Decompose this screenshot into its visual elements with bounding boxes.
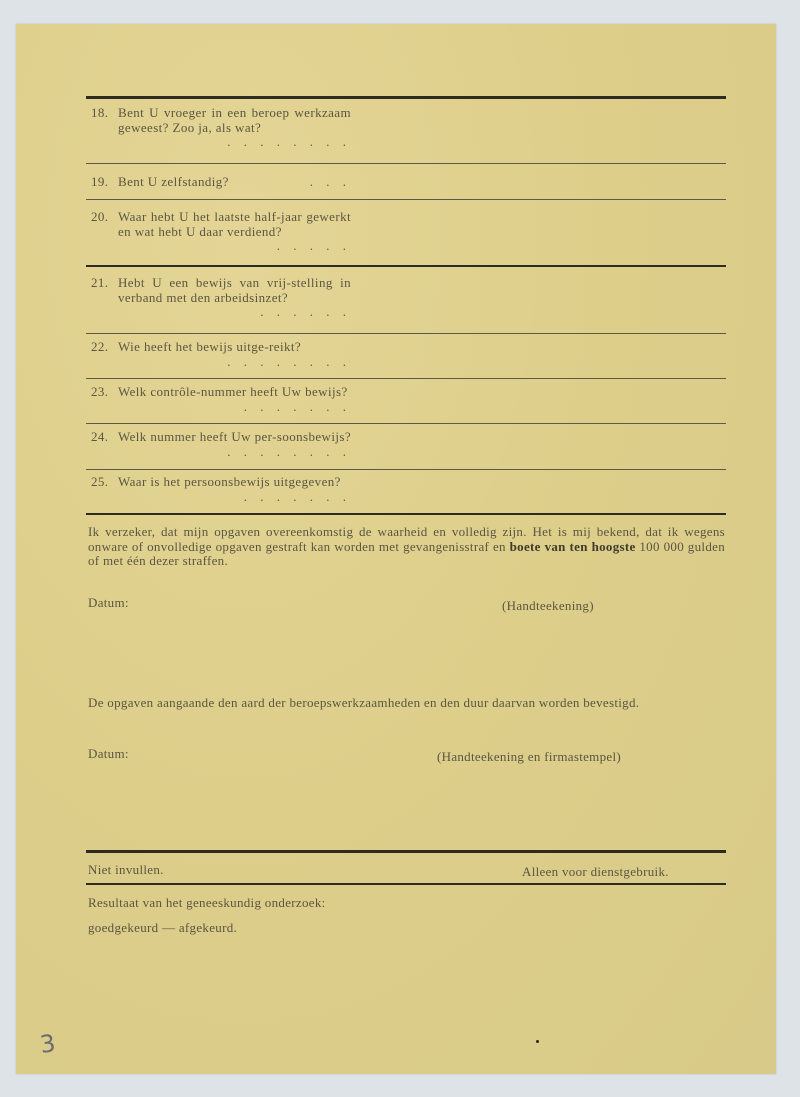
row-divider bbox=[86, 199, 726, 200]
top-divider bbox=[86, 96, 726, 99]
row-divider bbox=[86, 265, 726, 267]
official-top-divider bbox=[86, 850, 726, 853]
row-divider bbox=[86, 469, 726, 470]
medical-result-label: Resultaat van het geneeskundig onderzoek… bbox=[88, 895, 326, 911]
question-25: 25. Waar is het persoonsbewijs uitgegeve… bbox=[91, 475, 351, 504]
question-23: 23. Welk contrôle-nummer heeft Uw bewijs… bbox=[91, 385, 351, 414]
declaration-date-label: Datum: bbox=[88, 595, 129, 611]
question-19: 19. Bent U zelfstandig? . . . bbox=[91, 175, 351, 190]
question-22: 22. Wie heeft het bewijs uitge-reikt? . … bbox=[91, 340, 351, 369]
official-use-label: Alleen voor dienstgebruik. bbox=[522, 864, 669, 880]
paper-speck bbox=[536, 1040, 539, 1043]
employer-date-label: Datum: bbox=[88, 746, 129, 762]
question-24: 24. Welk nummer heeft Uw per-soonsbewijs… bbox=[91, 430, 351, 459]
row-divider bbox=[86, 163, 726, 164]
not-fill-label: Niet invullen. bbox=[88, 862, 164, 878]
employer-signature-label: (Handteekening en firmastempel) bbox=[437, 749, 621, 765]
row-divider bbox=[86, 423, 726, 424]
medical-result-options: goedgekeurd — afgekeurd. bbox=[88, 920, 237, 936]
question-21: 21. Hebt U een bewijs van vrij-stelling … bbox=[91, 276, 351, 320]
employer-confirmation-text: De opgaven aangaande den aard der beroep… bbox=[88, 696, 725, 711]
row-divider bbox=[86, 378, 726, 379]
declaration-text: Ik verzeker, dat mijn opgaven overeenkom… bbox=[88, 525, 725, 569]
questions-end-divider bbox=[86, 513, 726, 515]
official-divider bbox=[86, 883, 726, 885]
question-18: 18. Bent U vroeger in een beroep werkzaa… bbox=[91, 106, 351, 150]
question-20: 20. Waar hebt U het laatste half-jaar ge… bbox=[91, 210, 351, 254]
declaration-signature-label: (Handteekening) bbox=[502, 598, 594, 614]
row-divider bbox=[86, 333, 726, 334]
